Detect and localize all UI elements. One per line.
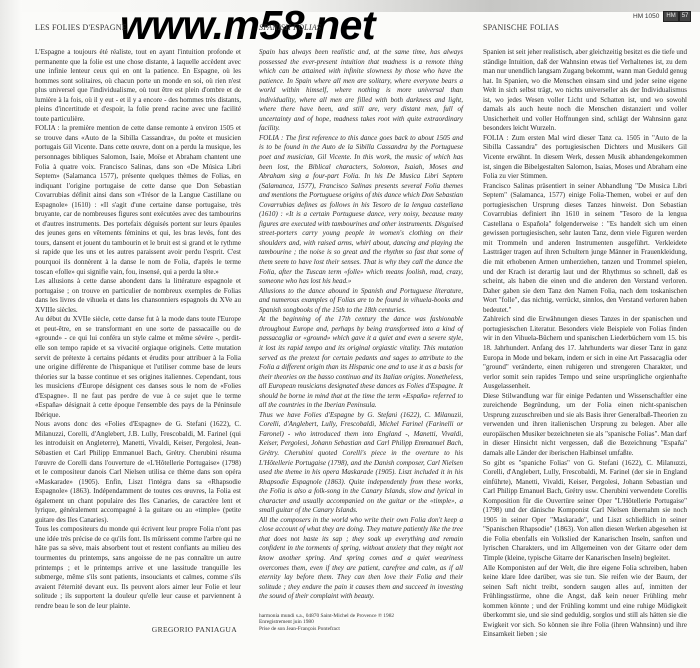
- imprint-line: Prise de son Jean-François Pontefract: [259, 626, 463, 632]
- paragraph: Spanien ist seit jeher realistisch, aber…: [483, 48, 687, 134]
- body-text-english: Spain has always been realistic and, at …: [259, 48, 463, 602]
- paragraph: Spain has always been realistic and, at …: [259, 48, 463, 134]
- paragraph: Diese Stilwandlung war für einige Pedant…: [483, 392, 687, 459]
- paragraph: Francisco Salinas präsentiert in seiner …: [483, 182, 687, 316]
- paragraph: At the beginning of the 17th century the…: [259, 315, 463, 410]
- page-badge: HM 57: [663, 11, 691, 22]
- paragraph: Alle Komponisten auf der Welt, die ihre …: [483, 564, 687, 640]
- paragraph: L'Espagne a toujours été réaliste, tout …: [35, 48, 241, 124]
- catalog-header: HM 1050 HM 57: [633, 11, 691, 21]
- badge-number: 57: [679, 11, 692, 22]
- paragraph: Tous les compositeurs du monde qui écriv…: [35, 525, 241, 611]
- paragraph: Au début du XVIIe siècle, cette danse fu…: [35, 315, 241, 420]
- paragraph: All the composers in the world who write…: [259, 516, 463, 602]
- catalog-number: HM 1050: [633, 13, 659, 20]
- author-signature: GREGORIO PANIAGUA: [35, 625, 241, 634]
- column-title-english: SPANISH FOLIAS: [259, 22, 463, 34]
- paragraph: So gibt es "spaniche Folias" von G. Stef…: [483, 459, 687, 564]
- body-text-german: Spanien ist seit jeher realistisch, aber…: [483, 48, 687, 640]
- imprint-credits: harmonia mundi s.a., 04870 Saint-Michel …: [259, 613, 463, 632]
- column-french: LES FOLIES D'ESPAGNE L'Espagne a toujour…: [35, 22, 241, 662]
- badge-label: HM: [663, 11, 678, 22]
- paragraph: FOLIA : Zum ersten Mal wird dieser Tanz …: [483, 134, 687, 182]
- paragraph: Allusions to the dance abound in Spanish…: [259, 287, 463, 316]
- scan-shadow-left: [0, 0, 22, 668]
- paragraph: Thus we have Folies d'Espagne by G. Stef…: [259, 411, 463, 516]
- column-german: SPANISCHE FOLIAS Spanien ist seit jeher …: [483, 22, 687, 662]
- column-title-german: SPANISCHE FOLIAS: [483, 22, 687, 34]
- paragraph: FOLIA : la première mention de cette dan…: [35, 124, 241, 277]
- body-text-french: L'Espagne a toujours été réaliste, tout …: [35, 48, 241, 611]
- column-english: SPANISH FOLIAS Spain has always been rea…: [259, 22, 463, 662]
- paragraph: Les allusions à cette danse abondent dan…: [35, 277, 241, 315]
- paragraph: FOLIA : The first reference to this danc…: [259, 134, 463, 287]
- paragraph: Nous avons donc des «Folies d'Espagne» d…: [35, 420, 241, 525]
- column-title-french: LES FOLIES D'ESPAGNE: [35, 22, 241, 34]
- paragraph: Zahlreich sind die Erwähnungen dieses Ta…: [483, 315, 687, 391]
